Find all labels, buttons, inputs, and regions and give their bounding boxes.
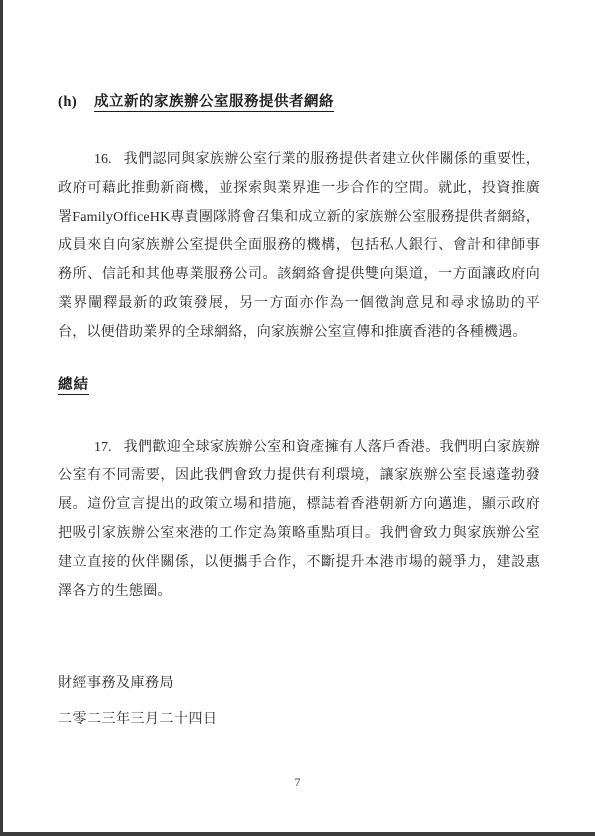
section-title: 成立新的家族辦公室服務提供者網絡 bbox=[94, 94, 334, 112]
page-number: 7 bbox=[0, 775, 595, 790]
signoff-date: 二零二三年三月二十四日 bbox=[58, 702, 540, 738]
signoff-block: 財經事務及庫務局 二零二三年三月二十四日 bbox=[58, 666, 540, 737]
paragraph-17: 17.我們歡迎全球家族辦公室和資產擁有人落戶香港。我們明白家族辦公室有不同需要，… bbox=[58, 434, 540, 607]
section-heading-h: (h)成立新的家族辦公室服務提供者網絡 bbox=[58, 88, 540, 118]
scan-edge-bottom bbox=[0, 832, 595, 836]
document-page: (h)成立新的家族辦公室服務提供者網絡 16.我們認同與家族辦公室行業的服務提供… bbox=[0, 0, 595, 836]
signoff-bureau: 財經事務及庫務局 bbox=[58, 666, 540, 702]
conclusion-title: 總結 bbox=[58, 377, 89, 395]
conclusion-heading: 總結 bbox=[58, 371, 540, 401]
document-content: (h)成立新的家族辦公室服務提供者網絡 16.我們認同與家族辦公室行業的服務提供… bbox=[0, 0, 595, 738]
section-label: (h) bbox=[58, 88, 94, 118]
paragraph-16-number: 16. bbox=[94, 152, 112, 167]
paragraph-16-text: 我們認同與家族辦公室行業的服務提供者建立伙伴關係的重要性，政府可藉此推動新商機，… bbox=[58, 152, 540, 340]
paragraph-16: 16.我們認同與家族辦公室行業的服務提供者建立伙伴關係的重要性，政府可藉此推動新… bbox=[58, 146, 540, 348]
paragraph-17-text: 我們歡迎全球家族辦公室和資產擁有人落戶香港。我們明白家族辦公室有不同需要，因此我… bbox=[58, 440, 540, 599]
paragraph-17-number: 17. bbox=[94, 440, 112, 455]
